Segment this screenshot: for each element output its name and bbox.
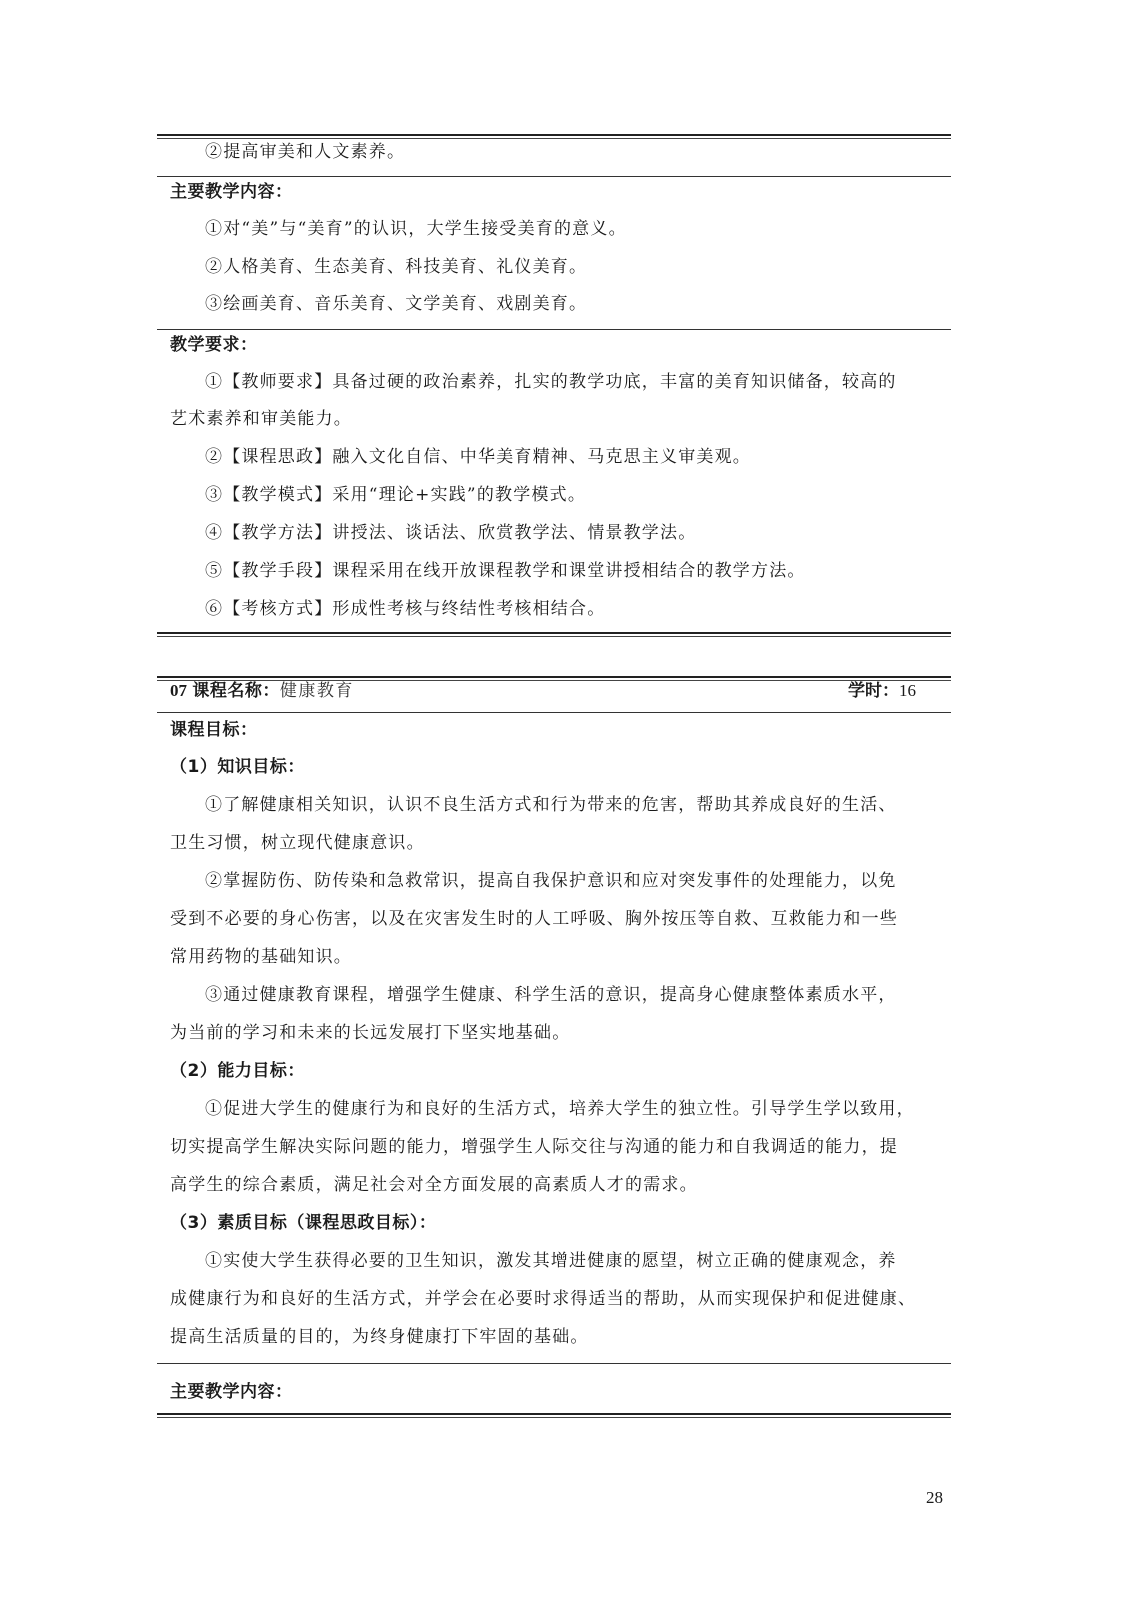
goal-item: ②提高审美和人文素养。 <box>205 142 405 162</box>
knowledge-item-cont: 常用药物的基础知识。 <box>170 947 352 967</box>
table-bottom-border <box>157 632 951 634</box>
quality-item: ①实使大学生获得必要的卫生知识，激发其增进健康的愿望，树立正确的健康观念，养 <box>205 1251 897 1271</box>
row-divider <box>157 176 951 177</box>
course-hours: 学时：16 <box>848 681 916 701</box>
requirement-item: ⑤【教学手段】课程采用在线开放课程教学和课堂讲授相结合的教学方法。 <box>205 561 806 581</box>
requirement-item: ④【教学方法】讲授法、谈话法、欣赏教学法、情景教学法。 <box>205 523 696 543</box>
table-top-border <box>157 676 951 678</box>
row-divider <box>157 1363 951 1364</box>
requirement-item: ③【教学模式】采用“理论+实践”的教学模式。 <box>205 485 586 505</box>
requirement-item: ⑥【考核方式】形成性考核与终结性考核相结合。 <box>205 599 605 619</box>
table-top-border <box>157 134 951 136</box>
hours-label: 学时： <box>848 681 899 701</box>
requirement-item: ②【课程思政】融入文化自信、中华美育精神、马克思主义审美观。 <box>205 447 751 467</box>
knowledge-item-cont: 为当前的学习和未来的长远发展打下坚实地基础。 <box>170 1023 570 1043</box>
course-number: 07 <box>170 681 187 700</box>
knowledge-item: ③通过健康教育课程，增强学生健康、科学生活的意识，提高身心健康整体素质水平， <box>205 985 897 1005</box>
knowledge-item-cont: 卫生习惯，树立现代健康意识。 <box>170 833 425 853</box>
ability-item-cont: 高学生的综合素质，满足社会对全方面发展的高素质人才的需求。 <box>170 1175 698 1195</box>
page-number: 28 <box>926 1488 943 1508</box>
knowledge-item-cont: 受到不必要的身心伤害，以及在灾害发生时的人工呼吸、胸外按压等自救、互救能力和一些 <box>170 909 898 929</box>
row-divider <box>157 712 951 713</box>
ability-item: ①促进大学生的健康行为和良好的生活方式，培养大学生的独立性。引导学生学以致用， <box>205 1099 915 1119</box>
quality-item-cont: 成健康行为和良好的生活方式，并学会在必要时求得适当的帮助，从而实现保护和促进健康… <box>170 1289 916 1309</box>
knowledge-goals-heading: （1）知识目标： <box>170 757 305 777</box>
main-content-heading: 主要教学内容： <box>170 182 293 202</box>
course-name-label: 课程名称： <box>192 681 280 701</box>
content-item: ①对“美”与“美育”的认识，大学生接受美育的意义。 <box>205 219 627 239</box>
requirement-item: ①【教师要求】具备过硬的政治素养，扎实的教学功底，丰富的美育知识储备，较高的 <box>205 372 897 392</box>
quality-item-cont: 提高生活质量的目的，为终身健康打下牢固的基础。 <box>170 1327 589 1347</box>
document-page: ②提高审美和人文素养。 主要教学内容： ①对“美”与“美育”的认识，大学生接受美… <box>0 0 1131 1600</box>
requirement-item-cont: 艺术素养和审美能力。 <box>170 409 352 429</box>
course-title: 07 课程名称：健康教育 <box>170 681 354 701</box>
table-bottom-border <box>157 1413 951 1415</box>
quality-goals-heading: （3）素质目标（课程思政目标）： <box>170 1213 436 1233</box>
main-content-heading: 主要教学内容： <box>170 1382 293 1402</box>
content-item: ②人格美育、生态美育、科技美育、礼仪美育。 <box>205 257 587 277</box>
course-name: 健康教育 <box>280 681 354 701</box>
content-item: ③绘画美育、音乐美育、文学美育、戏剧美育。 <box>205 294 587 314</box>
hours-value: 16 <box>899 681 916 700</box>
goals-heading: 课程目标： <box>170 720 258 740</box>
knowledge-item: ①了解健康相关知识，认识不良生活方式和行为带来的危害，帮助其养成良好的生活、 <box>205 795 897 815</box>
ability-item-cont: 切实提高学生解决实际问题的能力，增强学生人际交往与沟通的能力和自我调适的能力，提 <box>170 1137 898 1157</box>
knowledge-item: ②掌握防伤、防传染和急救常识，提高自我保护意识和应对突发事件的处理能力，以免 <box>205 871 897 891</box>
ability-goals-heading: （2）能力目标： <box>170 1061 305 1081</box>
requirements-heading: 教学要求： <box>170 335 258 355</box>
row-divider <box>157 329 951 330</box>
